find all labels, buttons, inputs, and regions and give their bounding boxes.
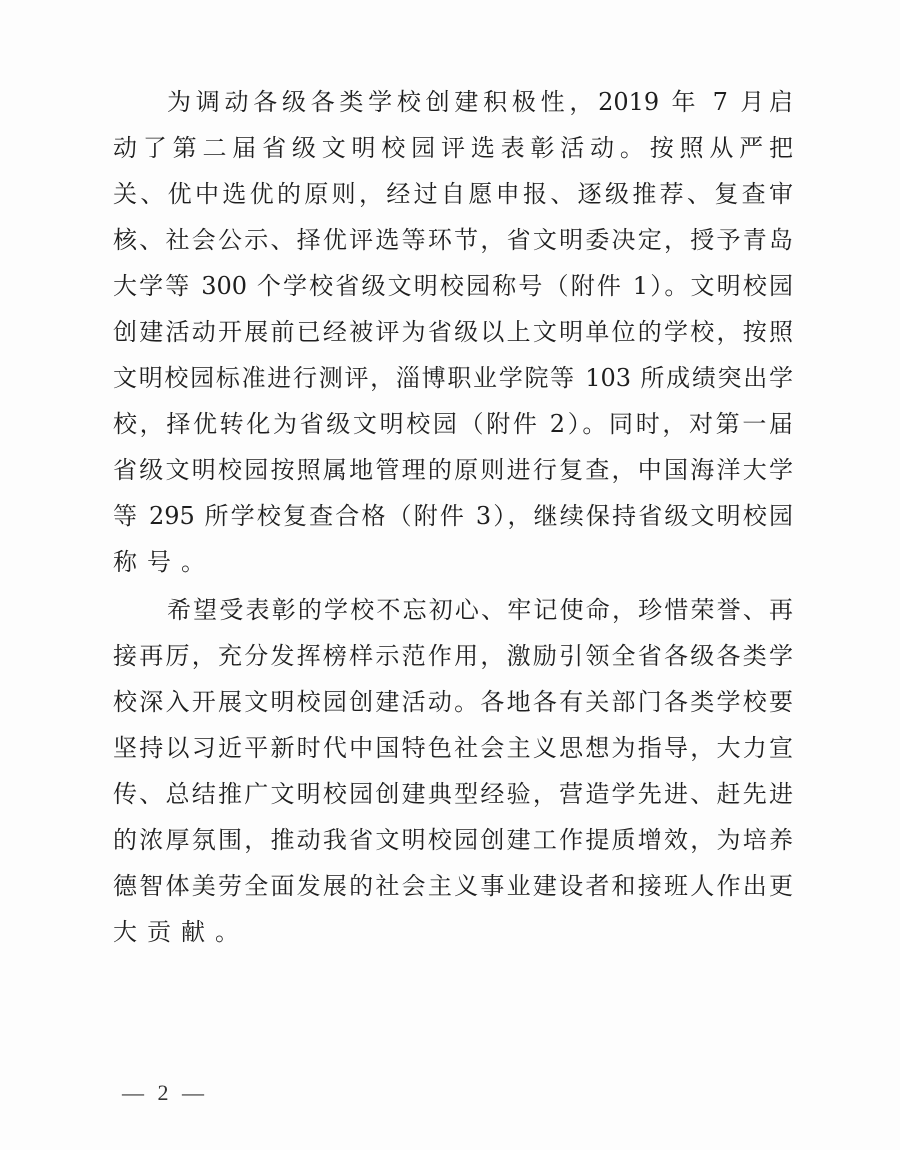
text-line: 大贡献。 (113, 909, 793, 955)
text-line: 大学等 300 个学校省级文明校园称号（附件 1）。文明校园 (113, 263, 793, 309)
text-line: 校，择优转化为省级文明校园（附件 2）。同时，对第一届 (113, 401, 793, 447)
text-line: 德智体美劳全面发展的社会主义事业建设者和接班人作出更 (113, 863, 793, 909)
text-line: 校深入开展文明校园创建活动。各地各有关部门各类学校要 (113, 679, 793, 725)
text-line: 创建活动开展前已经被评为省级以上文明单位的学校，按照 (113, 309, 793, 355)
text-line: 接再厉，充分发挥榜样示范作用，激励引领全省各级各类学 (113, 633, 793, 679)
document-page: 为调动各级各类学校创建积极性，2019 年 7 月启 动了第二届省级文明校园评选… (0, 0, 900, 1150)
text-line: 动了第二届省级文明校园评选表彰活动。按照从严把 (113, 125, 793, 171)
text-line: 文明校园标准进行测评，淄博职业学院等 103 所成绩突出学 (113, 355, 793, 401)
text-line: 等 295 所学校复查合格（附件 3），继续保持省级文明校园 (113, 493, 793, 539)
text-line: 希望受表彰的学校不忘初心、牢记使命，珍惜荣誉、再 (113, 587, 793, 633)
text-line: 传、总结推广文明校园创建典型经验，营造学先进、赶先进 (113, 771, 793, 817)
text-line: 坚持以习近平新时代中国特色社会主义思想为指导，大力宣 (113, 725, 793, 771)
text-line: 的浓厚氛围，推动我省文明校园创建工作提质增效，为培养 (113, 817, 793, 863)
text-line: 核、社会公示、择优评选等环节，省文明委决定，授予青岛 (113, 217, 793, 263)
document-body: 为调动各级各类学校创建积极性，2019 年 7 月启 动了第二届省级文明校园评选… (113, 79, 793, 957)
text-line: 关、优中选优的原则，经过自愿申报、逐级推荐、复查审 (113, 171, 793, 217)
paragraph-2: 希望受表彰的学校不忘初心、牢记使命，珍惜荣誉、再 接再厉，充分发挥榜样示范作用，… (113, 587, 793, 955)
paragraph-1: 为调动各级各类学校创建积极性，2019 年 7 月启 动了第二届省级文明校园评选… (113, 79, 793, 585)
page-number: — 2 — (122, 1080, 208, 1106)
text-line: 称号。 (113, 539, 793, 585)
text-line: 为调动各级各类学校创建积极性，2019 年 7 月启 (113, 79, 793, 125)
text-line: 省级文明校园按照属地管理的原则进行复查，中国海洋大学 (113, 447, 793, 493)
